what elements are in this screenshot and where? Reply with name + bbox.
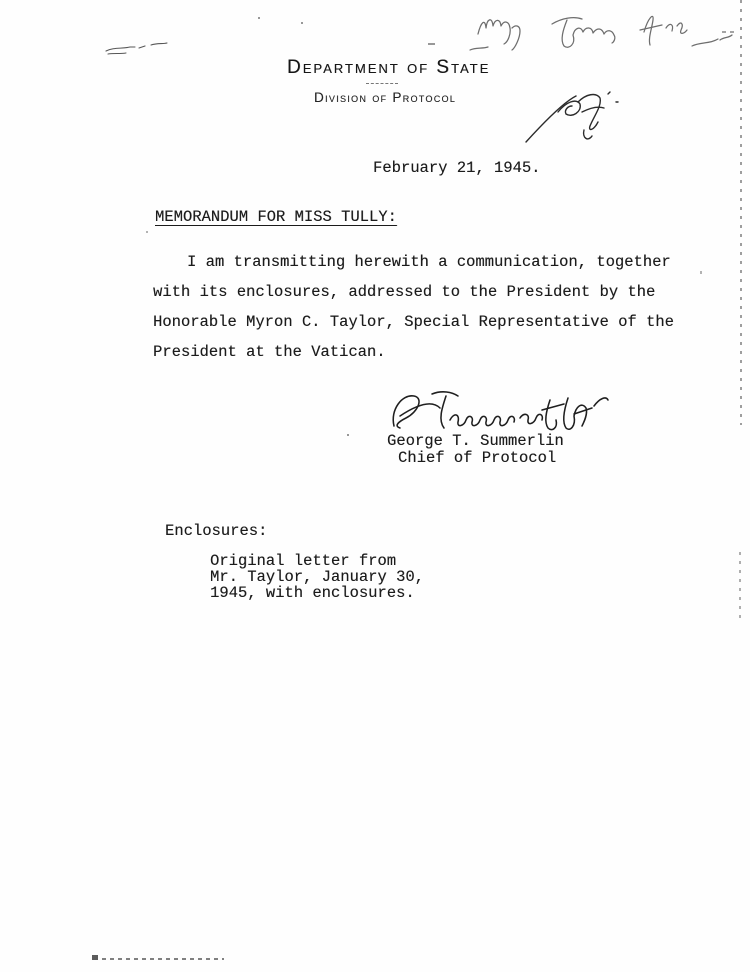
scan-bottom-artifact <box>102 958 224 960</box>
scan-edge-artifact <box>722 31 736 33</box>
scan-speck <box>301 22 303 24</box>
enclosure-line: 1945, with enclosures. <box>210 585 415 602</box>
handwritten-initials-icon <box>520 70 632 152</box>
smudge-mark-icon <box>104 38 188 60</box>
letterhead-divider-rule <box>366 83 398 84</box>
scan-speck <box>428 43 435 45</box>
memo-date: February 21, 1945. <box>373 160 540 177</box>
signer-title: Chief of Protocol <box>398 450 556 467</box>
scan-edge-artifact <box>739 552 741 624</box>
scan-speck <box>258 17 260 19</box>
body-line: President at the Vatican. <box>153 344 386 361</box>
signature-script-icon <box>388 386 610 436</box>
scanned-memo-page: Department of State Division of Protocol… <box>0 0 750 972</box>
memo-heading: MEMORANDUM FOR MISS TULLY: <box>155 209 397 226</box>
scan-speck <box>347 434 349 436</box>
scan-bottom-artifact <box>92 955 98 960</box>
scan-speck <box>700 271 702 274</box>
letterhead-division: Division of Protocol <box>314 90 456 105</box>
body-line: Honorable Myron C. Taylor, Special Repre… <box>153 314 674 331</box>
scan-edge-artifact <box>740 0 742 425</box>
signer-name: George T. Summerlin <box>387 433 564 450</box>
body-line: with its enclosures, addressed to the Pr… <box>153 284 655 301</box>
body-line: I am transmitting herewith a communicati… <box>187 254 671 271</box>
enclosures-label: Enclosures: <box>165 523 267 540</box>
handwritten-note-icon <box>468 4 736 58</box>
letterhead-department: Department of State <box>287 57 490 79</box>
scan-speck <box>146 231 148 233</box>
